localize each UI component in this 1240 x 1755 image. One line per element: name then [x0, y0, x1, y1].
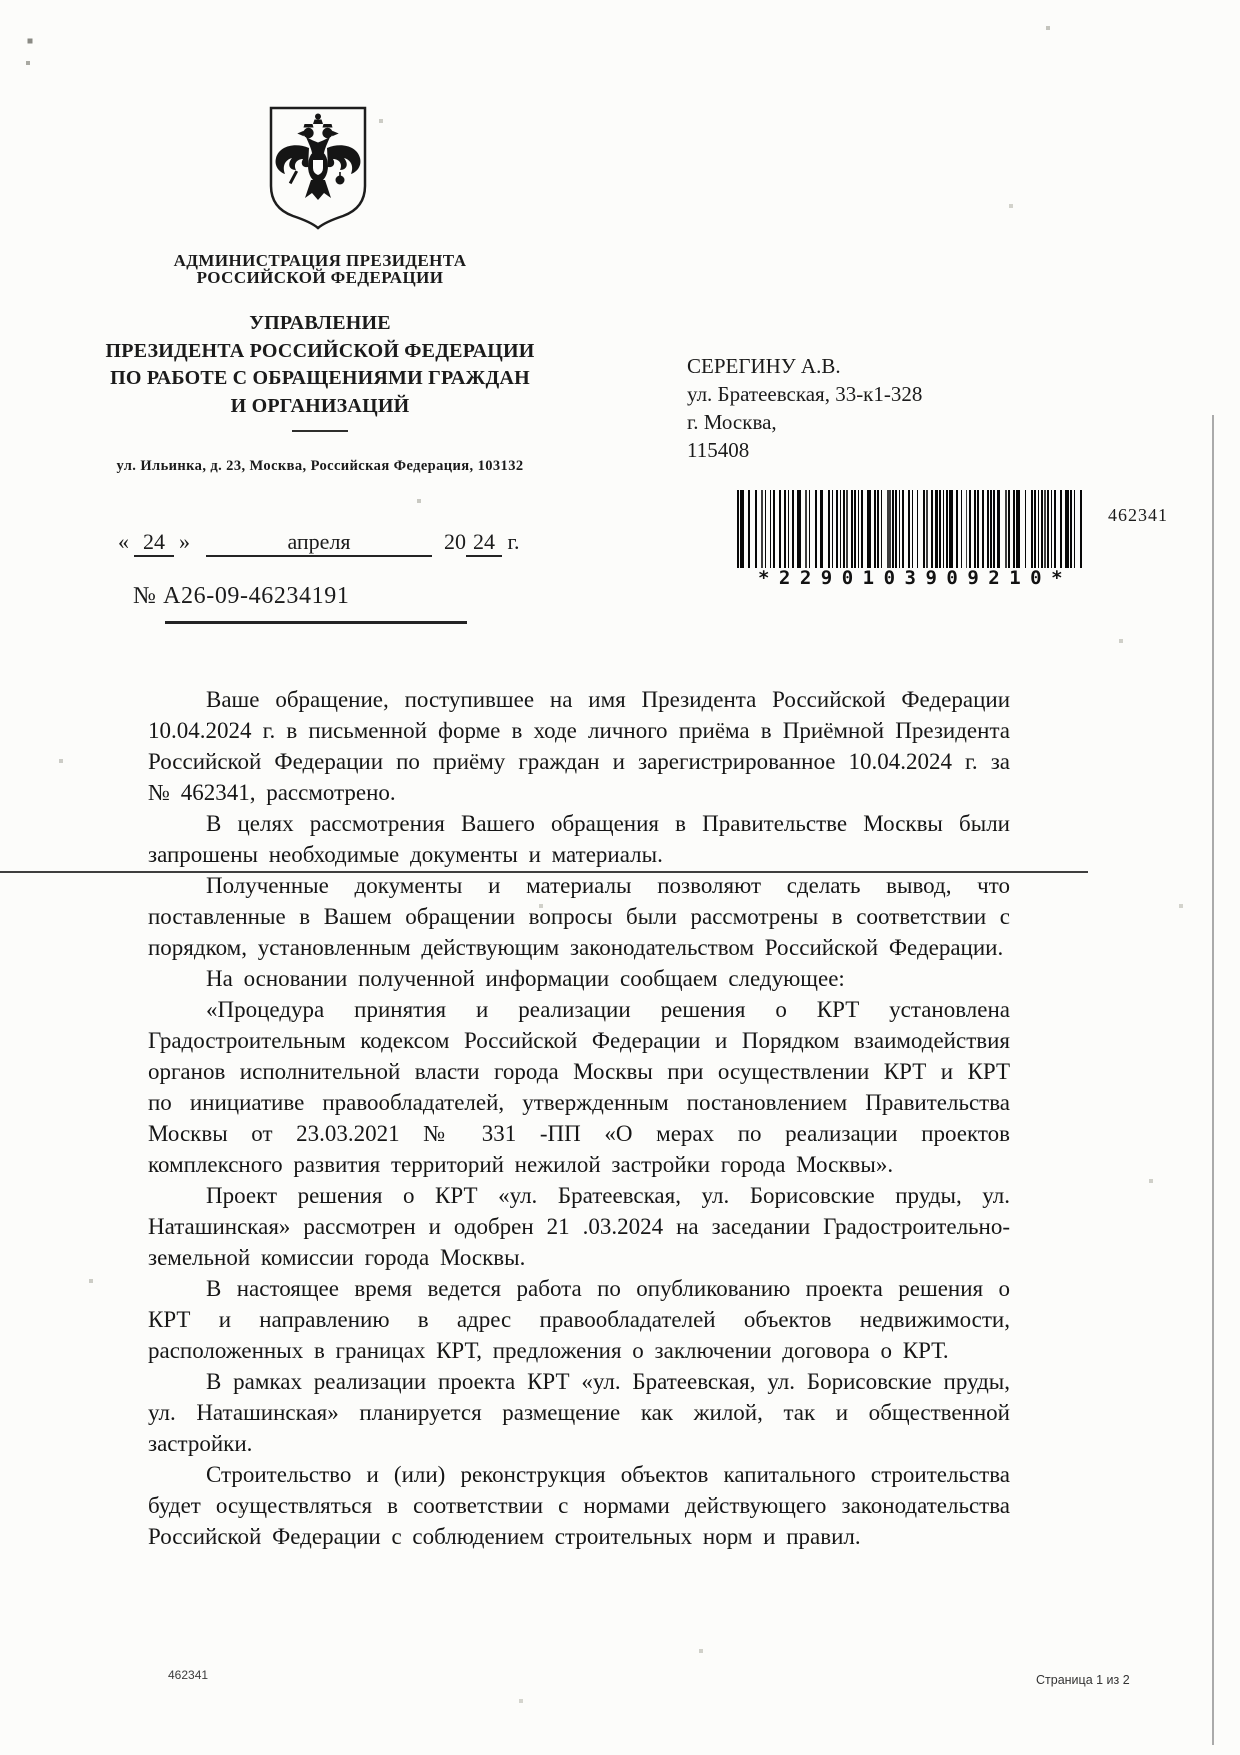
footer-doc-number: 462341 — [168, 1668, 208, 1682]
scan-noise-speckles — [0, 0, 2, 2]
barcode-bars — [737, 490, 1089, 568]
org-line-2: РОССИЙСКОЙ ФЕДЕРАЦИИ — [120, 269, 520, 286]
scan-artifact-horizontal-line — [0, 871, 1088, 873]
letter-body: Ваше обращение, поступившее на имя Прези… — [148, 684, 1010, 1552]
letterhead-org-name: АДМИНИСТРАЦИЯ ПРЕЗИДЕНТА РОССИЙСКОЙ ФЕДЕ… — [120, 252, 520, 286]
recipient-block: СЕРЕГИНУ А.В. ул. Братеевская, 33-к1-328… — [687, 352, 922, 464]
paragraph: В целях рассмотрения Вашего обращения в … — [148, 808, 1010, 870]
paragraph: В настоящее время ведется работа по опуб… — [148, 1273, 1010, 1366]
era-label: г. — [508, 529, 520, 554]
date-line: «24»апреля2024 г. — [118, 529, 520, 557]
month-value: апреля — [287, 529, 350, 554]
letterhead-divider — [292, 430, 348, 432]
recipient-postcode: 115408 — [687, 436, 922, 464]
letterhead-address: ул. Ильинка, д. 23, Москва, Российская Ф… — [62, 458, 578, 475]
century-value: 20 — [444, 529, 466, 554]
ref-number-underline — [165, 621, 467, 624]
recipient-city: г. Москва, — [687, 408, 922, 436]
barcode-digits: *2290103909210* — [731, 567, 1099, 589]
scanned-letter-page: АДМИНИСТРАЦИЯ ПРЕЗИДЕНТА РОССИЙСКОЙ ФЕДЕ… — [0, 0, 1240, 1755]
day-value: 24 — [134, 529, 174, 557]
footer-page-indicator: Страница 1 из 2 — [1036, 1673, 1130, 1687]
registration-number: 462341 — [1108, 505, 1168, 526]
ref-number: № А26-09-46234191 — [133, 583, 349, 610]
org-line-1: АДМИНИСТРАЦИЯ ПРЕЗИДЕНТА — [120, 252, 520, 269]
paragraph: Проект решения о КРТ «ул. Братеевская, у… — [148, 1180, 1010, 1273]
dept-line-4: И ОРГАНИЗАЦИЙ — [75, 393, 565, 421]
dept-line-2: ПРЕЗИДЕНТА РОССИЙСКОЙ ФЕДЕРАЦИИ — [75, 338, 565, 366]
dept-line-3: ПО РАБОТЕ С ОБРАЩЕНИЯМИ ГРАЖДАН — [75, 365, 565, 393]
paragraph: Строительство и (или) реконструкция объе… — [148, 1459, 1010, 1552]
paragraph: «Процедура принятия и реализации решения… — [148, 994, 1010, 1180]
paragraph: Ваше обращение, поступившее на имя Прези… — [148, 684, 1010, 808]
paragraph: Полученные документы и материалы позволя… — [148, 870, 1010, 963]
scan-artifact-vertical-line — [1212, 415, 1214, 1745]
letterhead-dept-name: УПРАВЛЕНИЕ ПРЕЗИДЕНТА РОССИЙСКОЙ ФЕДЕРАЦ… — [75, 310, 565, 420]
coat-of-arms-russia-icon — [265, 104, 371, 230]
dept-line-1: УПРАВЛЕНИЕ — [75, 310, 565, 338]
quote-close: » — [179, 529, 190, 554]
year-value: 24 — [466, 529, 502, 557]
recipient-name: СЕРЕГИНУ А.В. — [687, 352, 922, 380]
recipient-street: ул. Братеевская, 33-к1-328 — [687, 380, 922, 408]
paragraph: На основании полученной информации сообщ… — [148, 963, 1010, 994]
paragraph: В рамках реализации проекта КРТ «ул. Бра… — [148, 1366, 1010, 1459]
quote-open: « — [118, 529, 129, 554]
